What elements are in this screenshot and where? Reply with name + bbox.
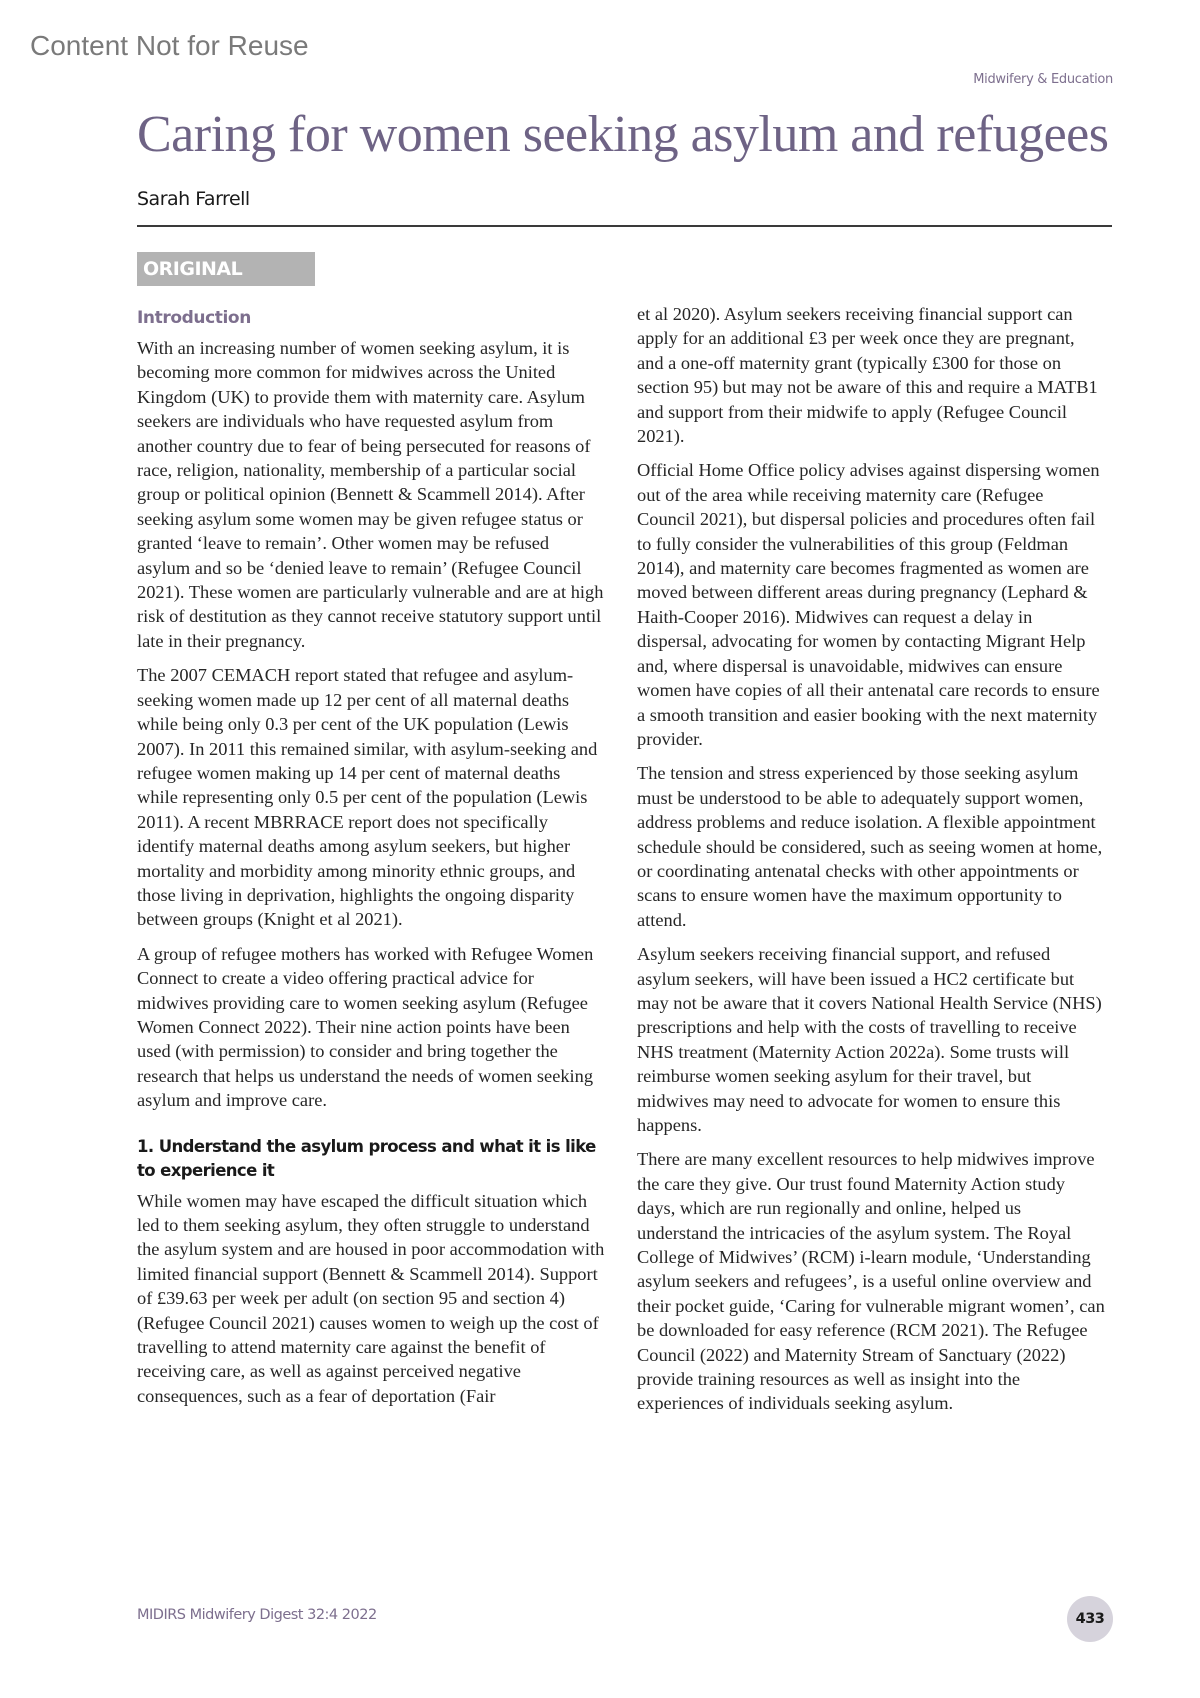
intro-heading: Introduction: [137, 306, 605, 330]
right-column: et al 2020). Asylum seekers receiving fi…: [637, 302, 1105, 1426]
paragraph: With an increasing number of women seeki…: [137, 336, 605, 653]
journal-citation: MIDIRS Midwifery Digest 32:4 2022: [137, 1607, 377, 1623]
watermark: Content Not for Reuse: [30, 30, 309, 62]
paragraph: et al 2020). Asylum seekers receiving fi…: [637, 302, 1105, 448]
left-column: Introduction With an increasing number o…: [137, 306, 605, 1418]
paragraph: There are many excellent resources to he…: [637, 1147, 1105, 1415]
paragraph: The 2007 CEMACH report stated that refug…: [137, 663, 605, 931]
section-heading: 1. Understand the asylum process and wha…: [137, 1135, 605, 1183]
paragraph: Official Home Office policy advises agai…: [637, 458, 1105, 751]
paragraph: The tension and stress experienced by th…: [637, 761, 1105, 932]
paragraph: Asylum seekers receiving financial suppo…: [637, 942, 1105, 1137]
paragraph: While women may have escaped the difficu…: [137, 1189, 605, 1409]
article-title: Caring for women seeking asylum and refu…: [137, 105, 1117, 164]
page-number: 433: [1067, 1596, 1113, 1642]
header-divider: [137, 225, 1112, 227]
paragraph: A group of refugee mothers has worked wi…: [137, 942, 605, 1113]
section-label: Midwifery & Education: [973, 72, 1113, 87]
article-type-badge: ORIGINAL: [137, 252, 315, 286]
author-name: Sarah Farrell: [137, 188, 250, 210]
